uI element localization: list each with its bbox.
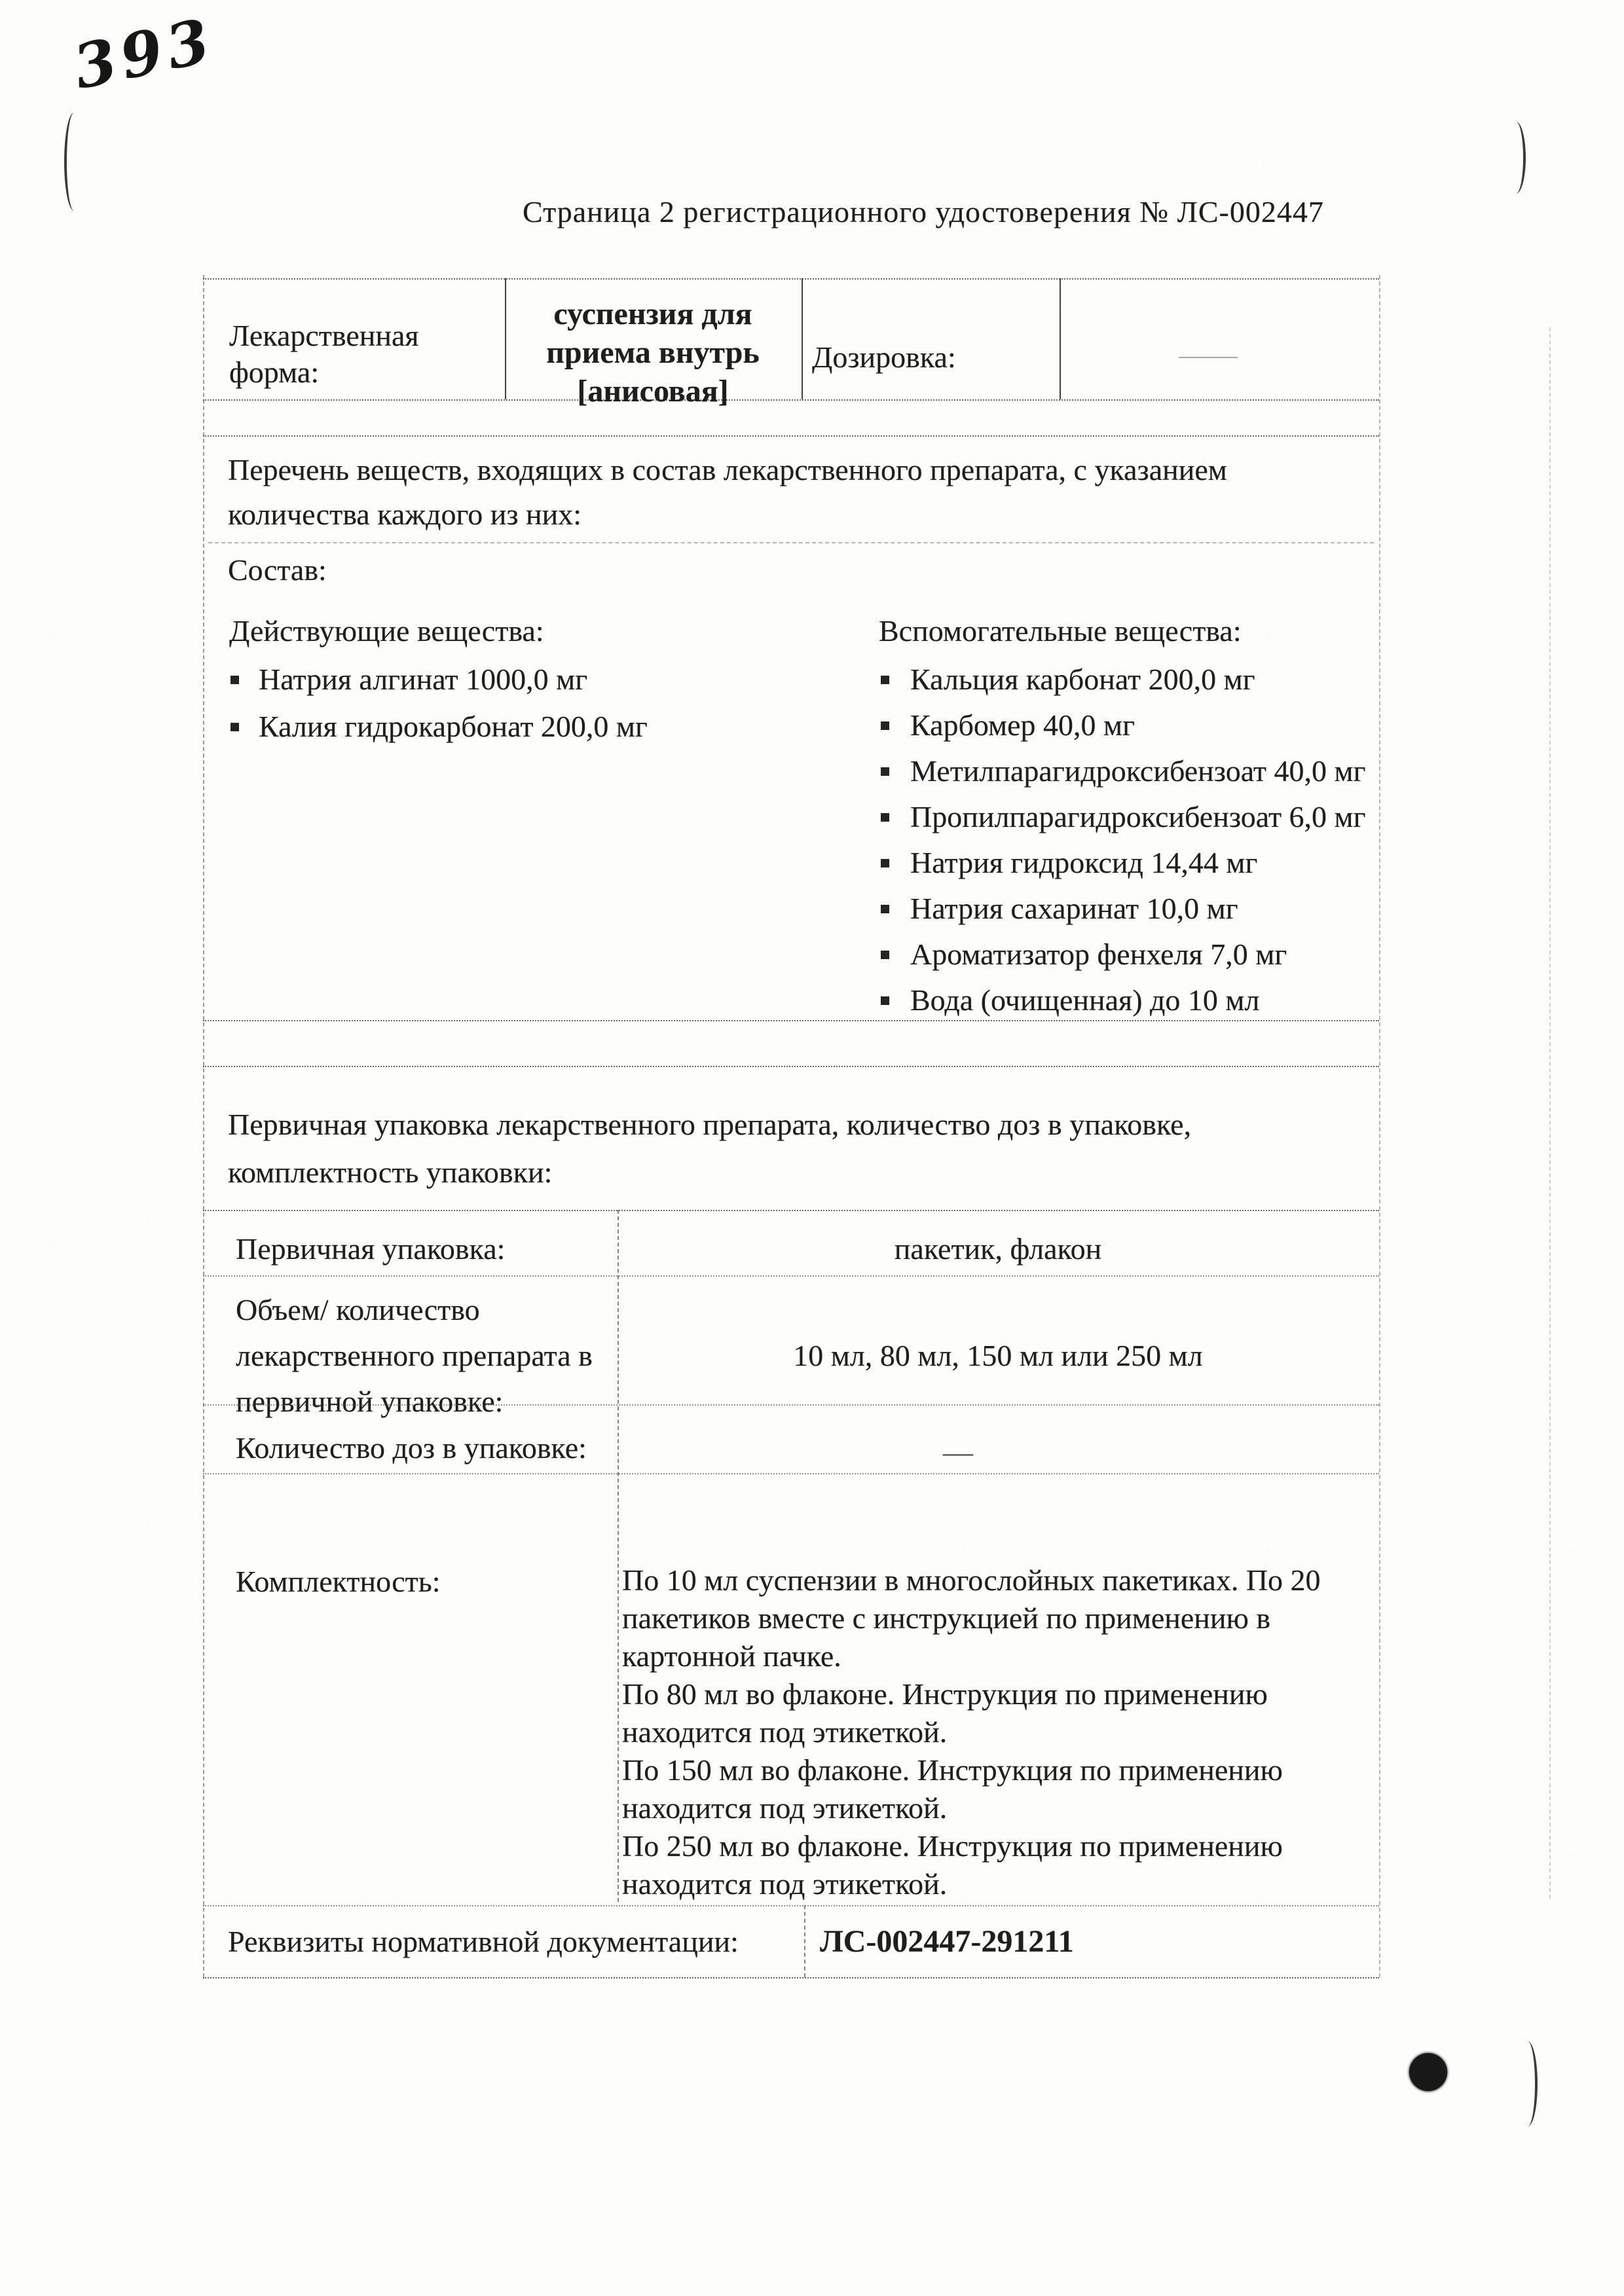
bullet-icon — [881, 951, 889, 959]
registry-label: Реквизиты нормативной документации: — [228, 1925, 739, 1959]
active-substance-item: Калия гидрокарбонат 200,0 мг — [259, 710, 648, 744]
completeness-line: находится под этикеткой. — [622, 1791, 947, 1826]
form-table-top-border — [203, 278, 1379, 280]
packaging-top-border — [203, 1066, 1379, 1067]
page-header: Страница 2 регистрационного удостоверени… — [523, 195, 1324, 230]
completeness-label: Комплектность: — [236, 1565, 441, 1599]
bullet-icon — [881, 767, 889, 776]
dosage-label: Дозировка: — [812, 340, 956, 375]
bullet-icon — [881, 859, 889, 867]
scanned-document-page: 393 Страница 2 регистрационного удостове… — [0, 0, 1624, 2296]
form-value-line2: приема внутрь — [546, 335, 760, 371]
packaging-row-border-2 — [203, 1404, 1379, 1406]
active-substance-item: Натрия алгинат 1000,0 мг — [259, 663, 587, 697]
registry-row-divider — [804, 1905, 805, 1977]
form-table-divider-2 — [802, 278, 803, 399]
bullet-icon — [881, 676, 889, 684]
excipient-item: Натрия сахаринат 10,0 мг — [910, 892, 1238, 926]
packaging-bottom-border — [203, 1977, 1379, 1978]
form-label-line2: форма: — [229, 355, 319, 390]
form-label-line1: Лекарственная — [229, 319, 419, 354]
form-value-line1: суспензия для — [553, 296, 752, 332]
primary-pack-value: пакетик, флакон — [895, 1232, 1101, 1267]
pen-mark-right-paren-bottom — [1518, 2041, 1538, 2126]
volume-label-line1: Объем/ количество — [236, 1293, 480, 1328]
excipient-item: Карбомер 40,0 мг — [910, 708, 1135, 743]
excipient-item: Метилпарагидроксибензоат 40,0 мг — [910, 754, 1366, 789]
bullet-icon — [231, 676, 239, 684]
left-margin-dashed-line — [203, 275, 204, 1977]
bullet-icon — [881, 905, 889, 913]
excipients-title: Вспомогательные вещества: — [879, 614, 1242, 649]
completeness-line: По 10 мл суспензии в многослойных пакети… — [622, 1563, 1321, 1598]
completeness-line: находится под этикеткой. — [622, 1715, 947, 1750]
excipient-item: Кальция карбонат 200,0 мг — [910, 663, 1255, 697]
packaging-row-border-3 — [203, 1473, 1379, 1474]
volume-label-line3: первичной упаковке: — [236, 1385, 503, 1419]
excipient-item: Натрия гидроксид 14,44 мг — [910, 846, 1257, 881]
completeness-line: По 150 мл во флаконе. Инструкция по прим… — [622, 1753, 1283, 1788]
excipient-item: Пропилпарагидроксибензоат 6,0 мг — [910, 800, 1366, 835]
completeness-line: картонной пачке. — [622, 1639, 841, 1674]
bullet-icon — [881, 721, 889, 730]
form-value-line3: [анисовая] — [577, 373, 728, 409]
completeness-line: По 250 мл во флаконе. Инструкция по прим… — [622, 1829, 1283, 1864]
composition-intro-line2: количества каждого из них: — [228, 498, 581, 532]
volume-value: 10 мл, 80 мл, 150 мл или 250 мл — [793, 1339, 1202, 1374]
pen-mark-left-paren — [64, 113, 84, 211]
bullet-icon — [881, 813, 889, 822]
composition-intro-line1: Перечень веществ, входящих в состав лека… — [228, 453, 1227, 488]
packaging-intro-line2: комплектность упаковки: — [228, 1156, 552, 1190]
bullet-icon — [881, 996, 889, 1005]
form-table-divider-3 — [1060, 278, 1061, 399]
pen-mark-right-paren-top — [1506, 122, 1526, 194]
excipient-item: Ароматизатор фенхеля 7,0 мг — [910, 938, 1287, 972]
completeness-line: находится под этикеткой. — [622, 1867, 947, 1902]
composition-bottom-border — [203, 1020, 1379, 1021]
packaging-table-divider — [618, 1210, 619, 1902]
active-substances-title: Действующие вещества: — [229, 614, 544, 649]
excipient-item: Вода (очищенная) до 10 мл — [910, 983, 1260, 1018]
composition-title: Состав: — [228, 553, 327, 588]
scan-smudge-mark — [1179, 357, 1238, 358]
completeness-line: пакетиков вместе с инструкцией по примен… — [622, 1601, 1270, 1636]
doses-value: — — [943, 1435, 973, 1470]
handwritten-page-number: 393 — [67, 5, 221, 103]
right-margin-dashed-line — [1379, 275, 1380, 1977]
packaging-row-border-1 — [203, 1275, 1379, 1277]
packaging-intro-line1: Первичная упаковка лекарственного препар… — [228, 1108, 1191, 1142]
volume-label-line2: лекарственного препарата в — [236, 1339, 593, 1374]
bullet-icon — [231, 723, 239, 731]
primary-pack-label: Первичная упаковка: — [236, 1232, 505, 1267]
completeness-line: По 80 мл во флаконе. Инструкция по приме… — [622, 1677, 1268, 1712]
hole-punch-dot — [1409, 2053, 1447, 2091]
registry-value: ЛС-002447-291211 — [820, 1923, 1074, 1959]
composition-intro-underline — [208, 542, 1374, 543]
composition-top-border — [203, 435, 1379, 437]
packaging-table-top-border — [203, 1210, 1379, 1211]
registry-row-top-border — [203, 1905, 1379, 1906]
form-table-divider-1 — [505, 278, 506, 399]
doses-label: Количество доз в упаковке: — [236, 1431, 587, 1466]
page-edge-dashed-line — [1549, 327, 1551, 1899]
form-table-bottom-border — [203, 399, 1379, 401]
